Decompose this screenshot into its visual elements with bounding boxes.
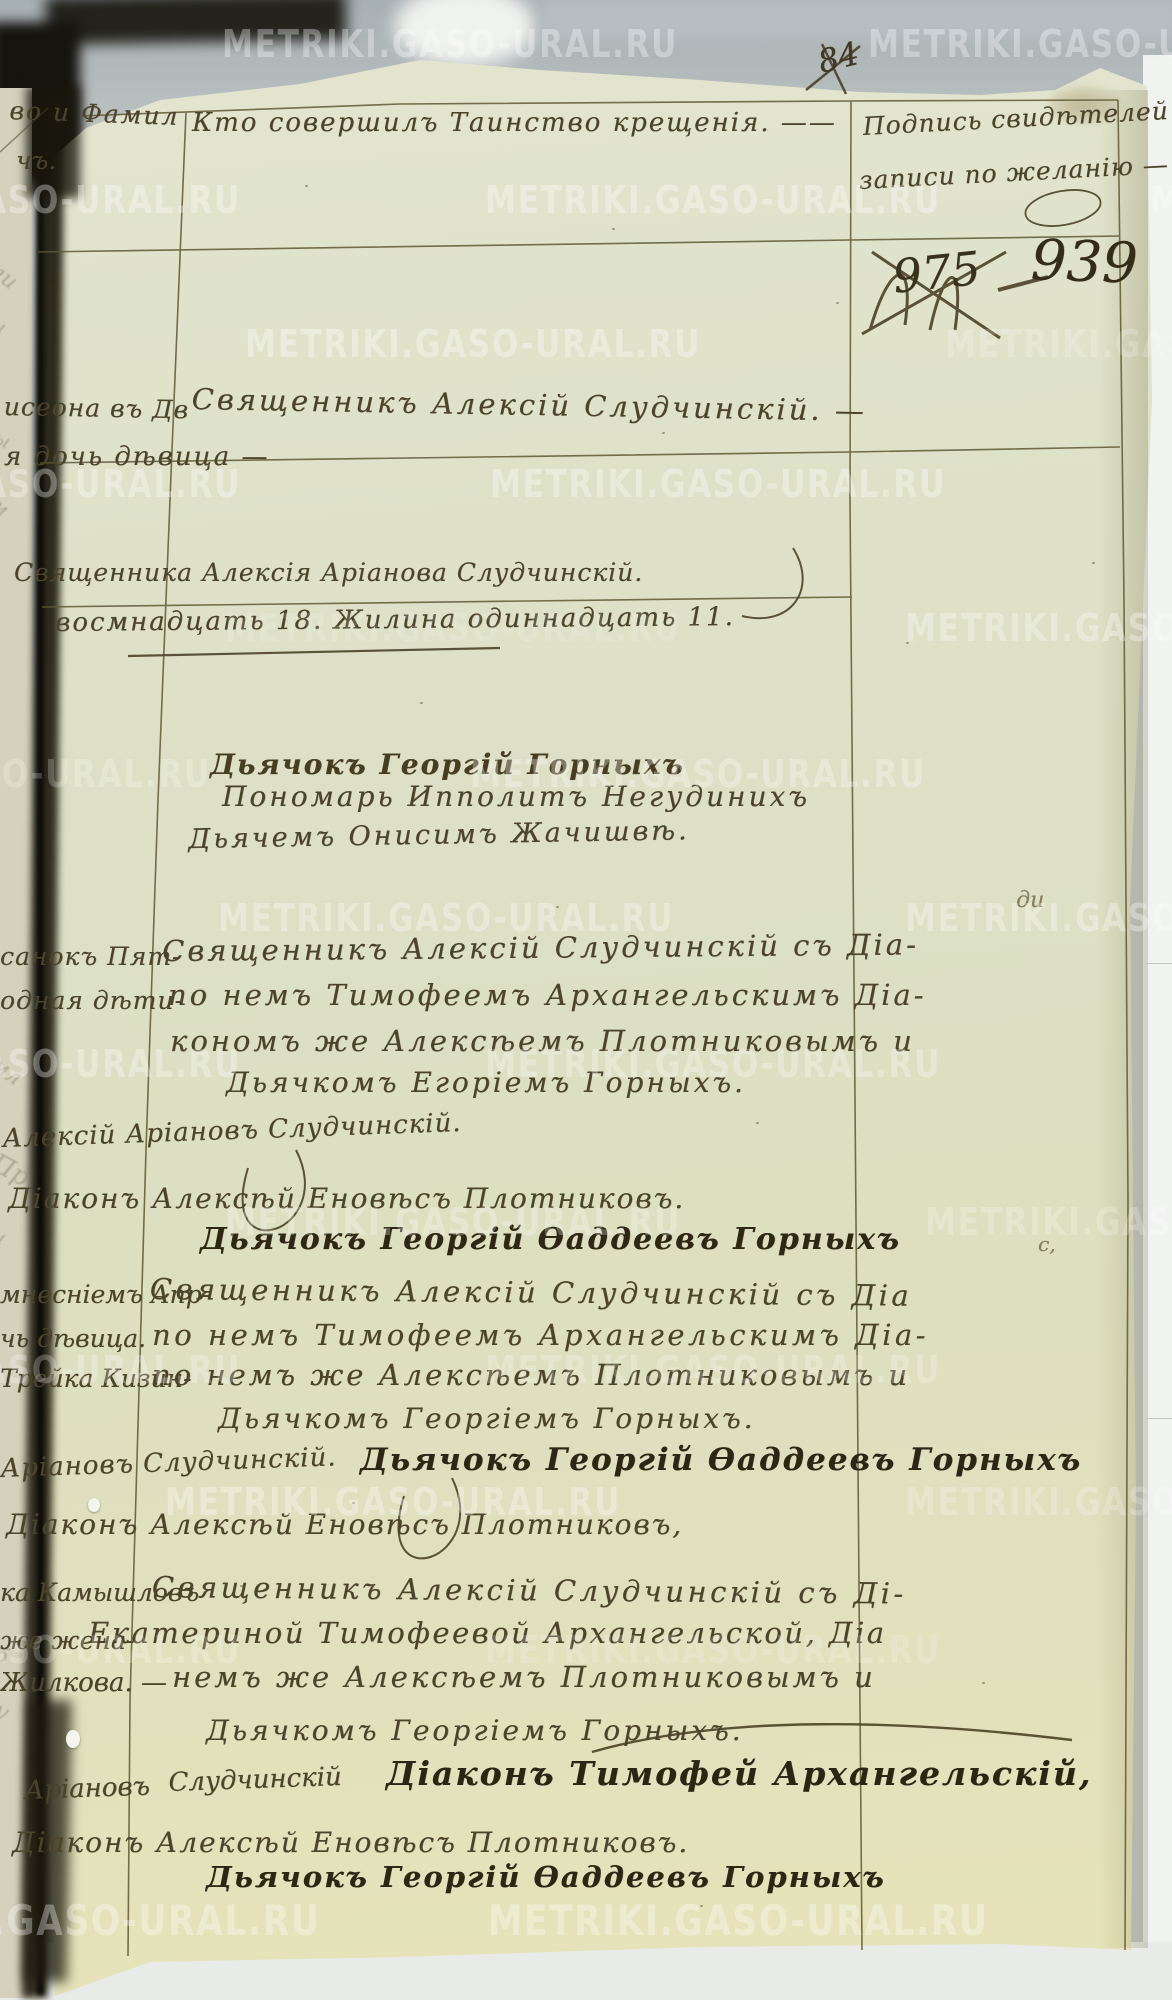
watermark-text: METRIKI.GASO-URAL.RU (0, 1348, 241, 1392)
watermark-text: METRIKI.GASO-URAL.RU (945, 322, 1172, 366)
scanned-page: лииыммлПрибу во и Фамилчъ.Кто совершилъ … (0, 0, 1172, 2000)
watermark-text: METRIKI.GASO-URAL.RU (905, 1480, 1172, 1524)
watermark-text: METRIKI.GASO-URAL.RU (222, 22, 678, 66)
watermark-text: METRIKI.GASO-URAL.RU (0, 1628, 241, 1672)
watermark-text: METRIKI.GASO-URAL.RU (218, 896, 674, 940)
background-rule-line (1146, 1418, 1172, 1419)
header-flourish-ellipse (1023, 185, 1104, 232)
paper-speck (836, 302, 839, 304)
watermark-text: METRIKI.GASO-URAL.RU (470, 752, 926, 796)
watermark-text: METRIKI.GASO-URAL.RU (488, 1896, 989, 1945)
paper-speck (508, 1245, 511, 1247)
watermark-text: METRIKI.GASO-URAL.RU (485, 1042, 941, 1086)
record-line: Священника Алексія Аріанова Слудчинскій. (14, 558, 643, 587)
col1-header-frag-1: во и Фамил (9, 96, 180, 131)
watermark-text: METRIKI.GASO-URAL.RU (490, 462, 946, 506)
paper-speck (612, 228, 615, 230)
record-line: Дьячокъ Георгій Ѳаддеевъ Горныхъ (360, 1442, 1082, 1478)
watermark-text: METRIKI.GASO-URAL.RU (485, 1628, 941, 1672)
paper-speck (756, 1122, 759, 1124)
watermark-text: METRIKI.GASO-URAL.RU (225, 606, 681, 650)
record-line: Священникъ Алексій Слудчинскій съ Діа (150, 1272, 913, 1313)
record-line: Діаконъ Тимофей Архангельскій, (386, 1754, 1092, 1793)
watermark-text: METRIKI.GASO-URAL.RU (868, 22, 1172, 66)
entry-number: 939 (1030, 228, 1139, 297)
paper-speck (982, 1682, 985, 1684)
watermark-text: METRIKI.GASO-URAL.RU (1150, 178, 1172, 222)
background-rule-line (1146, 963, 1172, 964)
record-line: по немъ Тимофеемъ Архангельскимъ Діа- (168, 978, 926, 1012)
watermark-text: METRIKI.GASO-URAL.RU (905, 896, 1172, 940)
record-line: Священникъ Алексій Слудчинскій съ Ді- (152, 1570, 907, 1611)
watermark-text: METRIKI.GASO-URAL.RU (485, 1348, 941, 1392)
signature-flourish-1 (742, 548, 803, 618)
margin-note: исеона въ Дв (3, 392, 189, 424)
main-header: Кто совершилъ Таинство крещенія. —— (192, 108, 837, 138)
margin-signature: Слудчинскій (168, 1762, 342, 1798)
watermark-text: METRIKI.GASO-URAL.RU (905, 606, 1172, 650)
watermark-text: METRIKI.GASO-URAL.RU (485, 178, 941, 222)
paper-speck (1092, 562, 1095, 564)
watermark-text: METRIKI.GASO-URAL.RU (0, 178, 241, 222)
entry-number-crossed: 975 (890, 241, 983, 304)
table-right-border (1118, 100, 1128, 1950)
watermark-text: METRIKI.GASO-URAL.RU (0, 1896, 321, 1945)
watermark-text: METRIKI.GASO-URAL.RU (0, 1042, 241, 1086)
margin-note: санокъ Пят- (0, 942, 181, 971)
paper-speck (420, 702, 423, 704)
paper-speck (240, 1585, 243, 1587)
paper-hole (66, 1730, 80, 1748)
paper-hole (88, 1498, 100, 1512)
watermark-text: METRIKI.GASO-URAL.RU (0, 752, 211, 796)
col1-header-frag-2: чъ. (16, 146, 56, 175)
watermark-text: METRIKI.GASO-URAL.RU (245, 322, 701, 366)
record-line: по немъ Тимофеемъ Архангельскимъ Діа- (152, 1318, 929, 1352)
paper-speck (305, 185, 308, 187)
margin-note: Жилкова. — (0, 1668, 167, 1698)
watermark-text: METRIKI.GASO-URAL.RU (165, 1480, 621, 1524)
record-line: Дьячкомъ Георгіемъ Горныхъ. (206, 1714, 744, 1747)
margin-signature: Аріановъ (24, 1772, 150, 1806)
watermark-text: METRIKI.GASO-URAL.RU (925, 1200, 1172, 1244)
paper-speck (662, 432, 665, 434)
record-line: Діаконъ Алексѣй Еновѣсъ Плотниковъ. (12, 1826, 689, 1859)
margin-note: одная дѣти- (0, 986, 184, 1015)
record-line: Дьячкомъ Георгіемъ Горныхъ. (218, 1402, 756, 1435)
watermark-text: METRIKI.GASO-URAL.RU (0, 462, 241, 506)
watermark-text: METRIKI.GASO-URAL.RU (225, 1200, 681, 1244)
record-line: Дьячокъ Георгій Ѳаддеевъ Горныхъ (206, 1860, 886, 1894)
